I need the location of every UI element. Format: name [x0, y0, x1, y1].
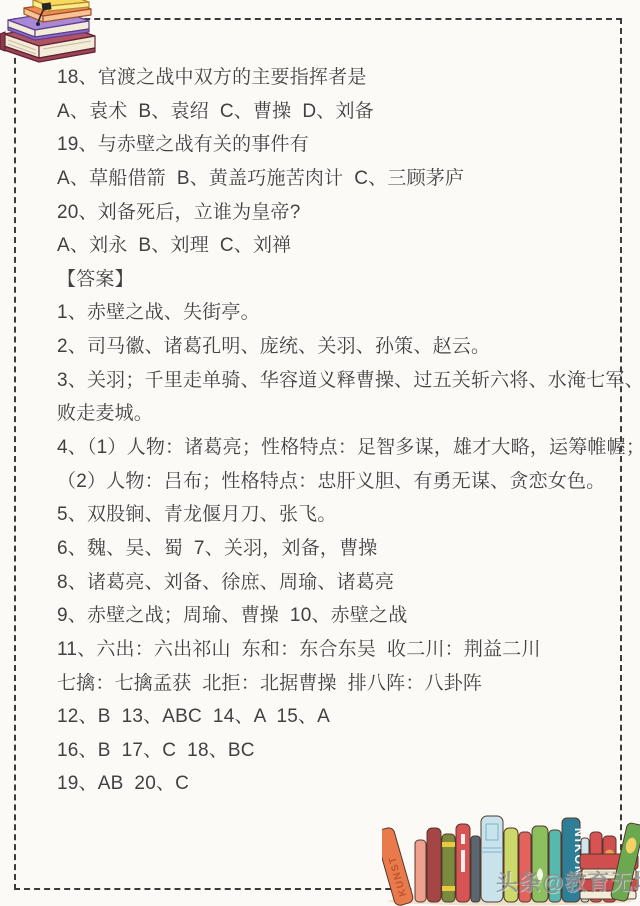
answer-line: 12、B 13、ABC 14、A 15、A — [57, 700, 617, 734]
answer-line: 11、六出：六出祁山 东和：东合东吴 收二川：荆益二川 — [57, 633, 617, 667]
answer-line: 4、（1）人物：诸葛亮；性格特点：足智多谋，雄才大略，运筹帷幄； — [57, 431, 617, 465]
answer-line: 1、赤壁之战、失街亭。 — [57, 296, 617, 330]
quiz-content: 18、官渡之战中双方的主要指挥者是 A、袁术 B、袁绍 C、曹操 D、刘备 19… — [57, 61, 617, 801]
answer-line: 6、魏、吴、蜀 7、关羽，刘备，曹操 — [57, 532, 617, 566]
options-line: A、袁术 B、袁绍 C、曹操 D、刘备 — [57, 95, 617, 129]
question-line: 18、官渡之战中双方的主要指挥者是 — [57, 61, 617, 95]
answers-heading: 【答案】 — [57, 263, 617, 297]
answer-line: （2）人物：吕布；性格特点：忠肝义胆、有勇无谋、贪恋女色。 — [57, 465, 617, 499]
question-line: 20、刘备死后，立谁为皇帝? — [57, 196, 617, 230]
answer-line: 败走麦城。 — [57, 397, 617, 431]
answer-line: 2、司马徽、诸葛孔明、庞统、关羽、孙策、赵云。 — [57, 330, 617, 364]
answer-line: 七擒：七擒孟获 北拒：北据曹操 排八阵：八卦阵 — [57, 667, 617, 701]
answer-line: 9、赤壁之战；周瑜、曹操 10、赤壁之战 — [57, 599, 617, 633]
answer-line: 5、双股锏、青龙偃月刀、张飞。 — [57, 498, 617, 532]
answer-line: 3、关羽；千里走单骑、华容道义释曹操、过五关斩六将、水淹七军、 — [57, 364, 617, 398]
watermark: 头条@教育无垠 — [496, 866, 640, 897]
options-line: A、草船借箭 B、黄盖巧施苦肉计 C、三顾茅庐 — [57, 162, 617, 196]
answer-line: 8、诸葛亮、刘备、徐庶、周瑜、诸葛亮 — [57, 566, 617, 600]
page: 18、官渡之战中双方的主要指挥者是 A、袁术 B、袁绍 C、曹操 D、刘备 19… — [0, 0, 640, 906]
question-line: 19、与赤壁之战有关的事件有 — [57, 128, 617, 162]
book-stack-icon — [0, 0, 110, 70]
answer-line: 16、B 17、C 18、BC — [57, 734, 617, 768]
options-line: A、刘永 B、刘理 C、刘禅 — [57, 229, 617, 263]
